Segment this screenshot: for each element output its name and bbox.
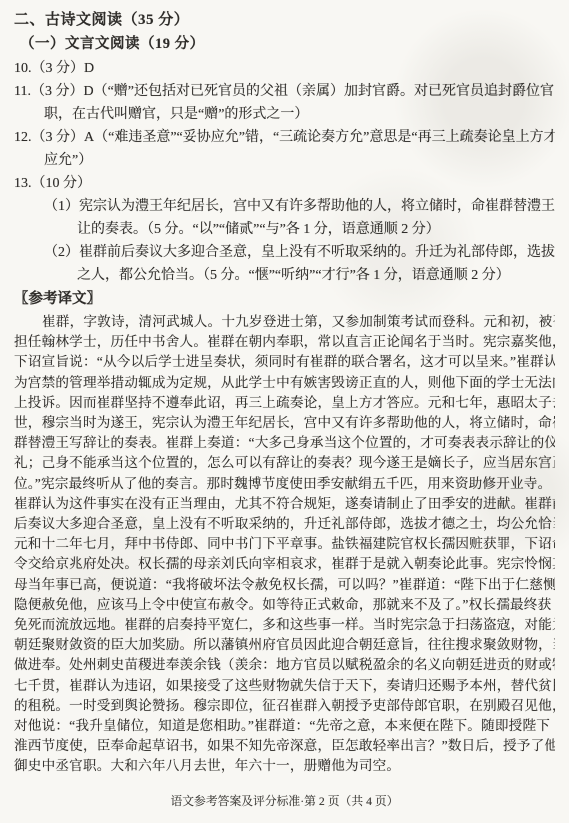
translation-line: 元和十二年七月，拜中书侍郎、同中书门下平章事。盐铁福建院官权长孺因赃获罪，下诏命 bbox=[14, 534, 555, 554]
answer-q10: 10.（3 分）D bbox=[14, 57, 555, 80]
reference-translation: 崔群，字敦诗，清河武城人。十九岁登进士第，又参加制策考试而登科。元和初，被召 担… bbox=[14, 312, 555, 777]
subsection-title: （一）文言文阅读（19 分） bbox=[20, 32, 555, 57]
translation-line: 免死而流放远地。崔群的启奏持平宽仁，多和这些事一样。当时宪宗急于扫荡盗寇，对能为 bbox=[14, 615, 555, 635]
translation-line: 位。”宪宗最终听从了他的奏言。那时魏博节度使田季安献绢五千匹，用来资助修开业寺。 bbox=[14, 474, 555, 494]
translation-line: 崔群认为这件事实在没有正当理由，尤其不符合规矩，遂奏请制止了田季安的进献。崔群前 bbox=[14, 494, 555, 514]
answers-block: 10.（3 分）D 11.（3 分）D（“赠”还包括对已死官员的父祖（亲属）加封… bbox=[14, 57, 555, 287]
translation-line: 上投诉。因而崔群坚持不遵奉此诏，再三上疏奏论，皇上方才答应。元和七年，惠昭太子去 bbox=[14, 393, 555, 413]
translation-line: 的租税。一时受到舆论赞扬。穆宗即位，征召崔群入朝授予吏部侍郎官职，在别殿召见他， bbox=[14, 696, 555, 716]
page-footer: 语文参考答案及评分标准·第 2 页（共 4 页） bbox=[0, 792, 569, 809]
translation-line: 隐便赦免他，应该马上令中使宣布赦令。如等待正式敕命，那就来不及了。”权长孺最终获 bbox=[14, 595, 555, 615]
section-title: 二、古诗文阅读（35 分） bbox=[14, 8, 555, 32]
answer-q12-line2: 应允”） bbox=[44, 149, 555, 172]
reference-translation-header: 〖参考译文〗 bbox=[14, 287, 555, 312]
translation-line: 世，穆宗当时为遂王，宪宗认为澧王年纪居长，宫中又有许多帮助他的人，将立储时，命崔 bbox=[14, 413, 555, 433]
answer-q12-line1: 12.（3 分）A（“难违圣意”“妥协应允”错，“三疏论奏方允”意思是“再三上疏… bbox=[14, 126, 555, 149]
answer-q11-line1: 11.（3 分）D（“赠”还包括对已死官员的父祖（亲属）加封官爵。对已死官员追封… bbox=[14, 80, 555, 103]
answer-q13-head: 13.（10 分） bbox=[14, 172, 555, 195]
translation-line: 礼；己身不能承当这个位置的，怎么可以有辞让的奏表？现今遂王是嫡长子，应当居东宫正 bbox=[14, 453, 555, 473]
translation-line: 担任翰林学士，历任中书舍人。崔群在朝内奉职，常以直言正论闻名于当时。宪宗嘉奖他， bbox=[14, 332, 555, 352]
translation-line: 为宫禁的管理举措动辄成为定规，从此学士中有嫉害毁谤正直的人，则他下面的学士无法向 bbox=[14, 373, 555, 393]
translation-line: 对他说：“我升皇储位，知道是您相助。”崔群道：“先帝之意，本来便在陛下。随即授陛… bbox=[14, 716, 555, 736]
translation-line: 淮西节度使，臣奉命起草诏书，如果不知先帝深意，臣怎敢轻率出言？”数日后，授予了他 bbox=[14, 736, 555, 756]
translation-line: 下诏宣旨说：“从今以后学士进呈奏状，须同时有崔群的联合署名，这才可以呈来。”崔群… bbox=[14, 352, 555, 372]
translation-line: 御史中丞官职。大和六年八月去世，年六十一，册赠他为司空。 bbox=[14, 756, 555, 776]
answer-q13-sub2-line2: 之人，都公允恰当。（5 分。“惬”“听纳”“才行”各 1 分，语意通顺 2 分） bbox=[77, 264, 555, 287]
answer-q13-sub2-line1: （2）崔群前后奏议大多迎合圣意，皇上没有不听取采纳的。升迁为礼部侍郎，选拔才德 bbox=[44, 241, 555, 264]
translation-line: 群替澧王写辞让的奏表。崔群上奏道：“大多己身承当这个位置的，才可奏表表示辞让的仪 bbox=[14, 433, 555, 453]
translation-line: 七千贯，崔群认为违诏，如果接受了这些财物就失信于天下，奏请归还赐予本州，替代贫民 bbox=[14, 676, 555, 696]
translation-line: 崔群，字敦诗，清河武城人。十九岁登进士第，又参加制策考试而登科。元和初，被召 bbox=[14, 312, 555, 332]
answer-q11-line2: 职，在古代叫赠官，只是“赠”的形式之一） bbox=[44, 103, 555, 126]
translation-line: 后奏议大多迎合圣意，皇上没有不听取采纳的，升迁礼部侍郎，选拔才德之士，均公允恰当… bbox=[14, 514, 555, 534]
translation-line: 母当年事已高，便说道：“我将破坏法令赦免权长孺，可以吗？”崔群道：“陛下出于仁慈… bbox=[14, 575, 555, 595]
translation-line: 做进奉。处州刺史苗稷进奉羡余钱（羡余：地方官员以赋税盈余的名义向朝廷进贡的财或物… bbox=[14, 655, 555, 675]
answer-q13-sub1-line1: （1）宪宗认为澧王年纪居长，宫中又有许多帮助他的人，将立储时，命崔群替澧王写辞 bbox=[44, 195, 555, 218]
translation-line: 朝廷聚财敛资的臣大加奖励。所以藩镇州府官员因此迎合朝廷意旨，往往搜求聚敛财物，当 bbox=[14, 635, 555, 655]
answer-sheet-page: 二、古诗文阅读（35 分） （一）文言文阅读（19 分） 10.（3 分）D 1… bbox=[0, 0, 569, 823]
translation-line: 令交给京兆府处决。权长孺的母亲刘氏向宰相哀求，崔群于是就入朝奏论此事。宪宗怜悯其 bbox=[14, 554, 555, 574]
answer-q13-sub1-line2: 让的奏表。（5 分。“以”“储贰”“与”各 1 分，语意通顺 2 分） bbox=[77, 218, 555, 241]
